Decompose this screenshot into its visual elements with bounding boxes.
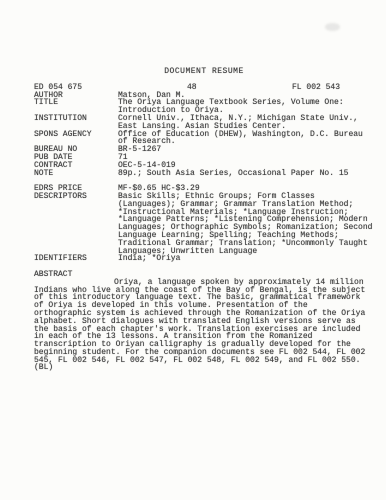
spacer <box>34 177 374 185</box>
field-label: TITLE <box>34 99 118 107</box>
document-resume: DOCUMENT RESUME ED 054 675 48 FL 002 543… <box>34 68 374 372</box>
abstract-line: (BL) <box>34 364 374 372</box>
field-label: INSTITUTION <box>34 115 118 123</box>
field-row-descriptors: DESCRIPTORS Basic Skills; Ethnic Groups;… <box>34 193 374 255</box>
field-row-identifiers: IDENTIFIERS India; *Oriya <box>34 255 374 263</box>
abstract-section: ABSTRACT Oriya, a language spoken by app… <box>34 271 374 372</box>
field-label: DESCRIPTORS <box>34 193 118 201</box>
field-row-pub-date: PUB DATE 71 <box>34 154 374 162</box>
abstract-line: 545, FL 002 546, FL 002 547, FL 002 548,… <box>34 357 374 365</box>
field-row-note: NOTE 89p.; South Asia Series, Occasional… <box>34 170 374 178</box>
scan-smudge-artifact <box>325 23 340 31</box>
fl-number: FL 002 543 <box>292 84 340 92</box>
field-value-line: 89p.; South Asia Series, Occasional Pape… <box>118 170 374 178</box>
document-resume-header: DOCUMENT RESUME <box>34 68 374 76</box>
meta-row: ED 054 675 48 FL 002 543 <box>34 84 374 92</box>
field-row-institution: INSTITUTION Cornell Univ., Ithaca, N.Y.;… <box>34 115 374 131</box>
spacer <box>34 263 374 271</box>
field-value-line: India; *Oriya <box>118 255 374 263</box>
clearinghouse-code: 48 <box>187 84 197 92</box>
field-row-bureau-no: BUREAU NO BR-5-1267 <box>34 146 374 154</box>
field-value-line: BR-5-1267 <box>118 146 374 154</box>
scanned-document-page: DOCUMENT RESUME ED 054 675 48 FL 002 543… <box>0 0 386 500</box>
field-row-spons-agency: SPONS AGENCY Office of Education (DHEW),… <box>34 131 374 147</box>
field-label: IDENTIFIERS <box>34 255 118 263</box>
field-label: SPONS AGENCY <box>34 131 118 139</box>
field-row-title: TITLE The Oriya Language Textbook Series… <box>34 99 374 115</box>
field-label: NOTE <box>34 170 118 178</box>
ed-number: ED 054 675 <box>34 83 82 92</box>
